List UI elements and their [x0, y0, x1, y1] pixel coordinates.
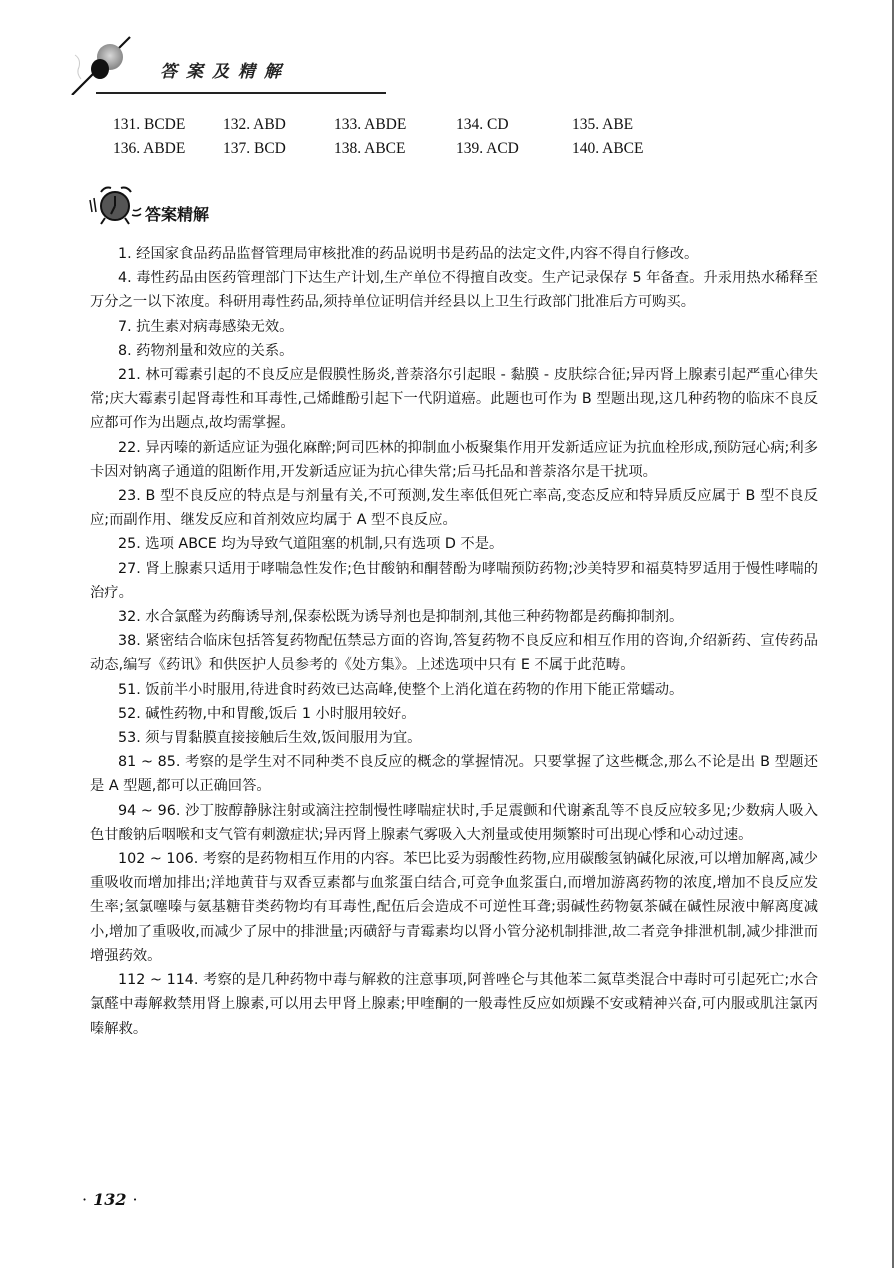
answer-item: 131. BCDE: [113, 116, 223, 134]
explanation-paragraph: 102 ~ 106. 考察的是药物相互作用的内容。苯巴比妥为弱酸性药物,应用碳酸…: [90, 847, 818, 968]
explanation-paragraph: 27. 肾上腺素只适用于哮喘急性发作;色甘酸钠和酮替酚为哮喘预防药物;沙美特罗和…: [90, 557, 818, 605]
explanation-paragraph: 7. 抗生素对病毒感染无效。: [90, 315, 818, 339]
explanation-paragraph: 1. 经国家食品药品监督管理局审核批准的药品说明书是药品的法定文件,内容不得自行…: [90, 242, 818, 266]
page-header: 答案及精解: [70, 35, 400, 95]
explanation-paragraph: 38. 紧密结合临床包括答复药物配伍禁忌方面的咨询,答复药物不良反应和相互作用的…: [90, 629, 818, 677]
answer-item: 136. ABDE: [113, 140, 223, 158]
page-number-dot: ·: [82, 1190, 87, 1209]
explanation-paragraph: 53. 须与胃黏膜直接接触后生效,饭间服用为宜。: [90, 726, 818, 750]
answer-item: 139. ACD: [456, 140, 572, 158]
header-title: 答案及精解: [160, 57, 290, 82]
explanations: 1. 经国家食品药品监督管理局审核批准的药品说明书是药品的法定文件,内容不得自行…: [90, 242, 818, 1041]
answer-item: 137. BCD: [223, 140, 334, 158]
alarm-clock-icon: [85, 180, 145, 230]
answer-grid: 131. BCDE 132. ABD 133. ABDE 134. CD 135…: [113, 116, 682, 158]
page-number-dot: ·: [133, 1190, 138, 1209]
section-title: 答案精解: [145, 202, 209, 225]
page-number-value: 132: [93, 1190, 126, 1209]
explanation-paragraph: 21. 林可霉素引起的不良反应是假膜性肠炎,普萘洛尔引起眼 - 黏膜 - 皮肤综…: [90, 363, 818, 436]
explanation-paragraph: 52. 碱性药物,中和胃酸,饭后 1 小时服用较好。: [90, 702, 818, 726]
explanation-paragraph: 22. 异丙嗪的新适应证为强化麻醉;阿司匹林的抑制血小板聚集作用开发新适应证为抗…: [90, 436, 818, 484]
answer-item: 134. CD: [456, 116, 572, 134]
answer-item: 135. ABE: [572, 116, 682, 134]
section-heading: 答案精解: [85, 180, 385, 230]
page-number: ·132·: [82, 1190, 138, 1209]
explanation-paragraph: 25. 选项 ABCE 均为导致气道阻塞的机制,只有选项 D 不是。: [90, 532, 818, 556]
explanation-paragraph: 32. 水合氯醛为药酶诱导剂,保泰松既为诱导剂也是抑制剂,其他三种药物都是药酶抑…: [90, 605, 818, 629]
explanation-paragraph: 94 ~ 96. 沙丁胺醇静脉注射或滴注控制慢性哮喘症状时,手足震颤和代谢紊乱等…: [90, 799, 818, 847]
header-rule: [96, 92, 386, 94]
explanation-paragraph: 51. 饭前半小时服用,待进食时药效已达高峰,使整个上消化道在药物的作用下能正常…: [90, 678, 818, 702]
explanation-paragraph: 23. B 型不良反应的特点是与剂量有关,不可预测,发生率低但死亡率高,变态反应…: [90, 484, 818, 532]
explanation-paragraph: 81 ~ 85. 考察的是学生对不同种类不良反应的概念的掌握情况。只要掌握了这些…: [90, 750, 818, 798]
answer-item: 140. ABCE: [572, 140, 682, 158]
pushpin-icon: [70, 35, 150, 95]
answer-item: 133. ABDE: [334, 116, 456, 134]
explanation-paragraph: 4. 毒性药品由医药管理部门下达生产计划,生产单位不得擅自改变。生产记录保存 5…: [90, 266, 818, 314]
explanation-paragraph: 8. 药物剂量和效应的关系。: [90, 339, 818, 363]
answer-item: 132. ABD: [223, 116, 334, 134]
explanation-paragraph: 112 ~ 114. 考察的是几种药物中毒与解救的注意事项,阿普唑仑与其他苯二氮…: [90, 968, 818, 1041]
answer-item: 138. ABCE: [334, 140, 456, 158]
